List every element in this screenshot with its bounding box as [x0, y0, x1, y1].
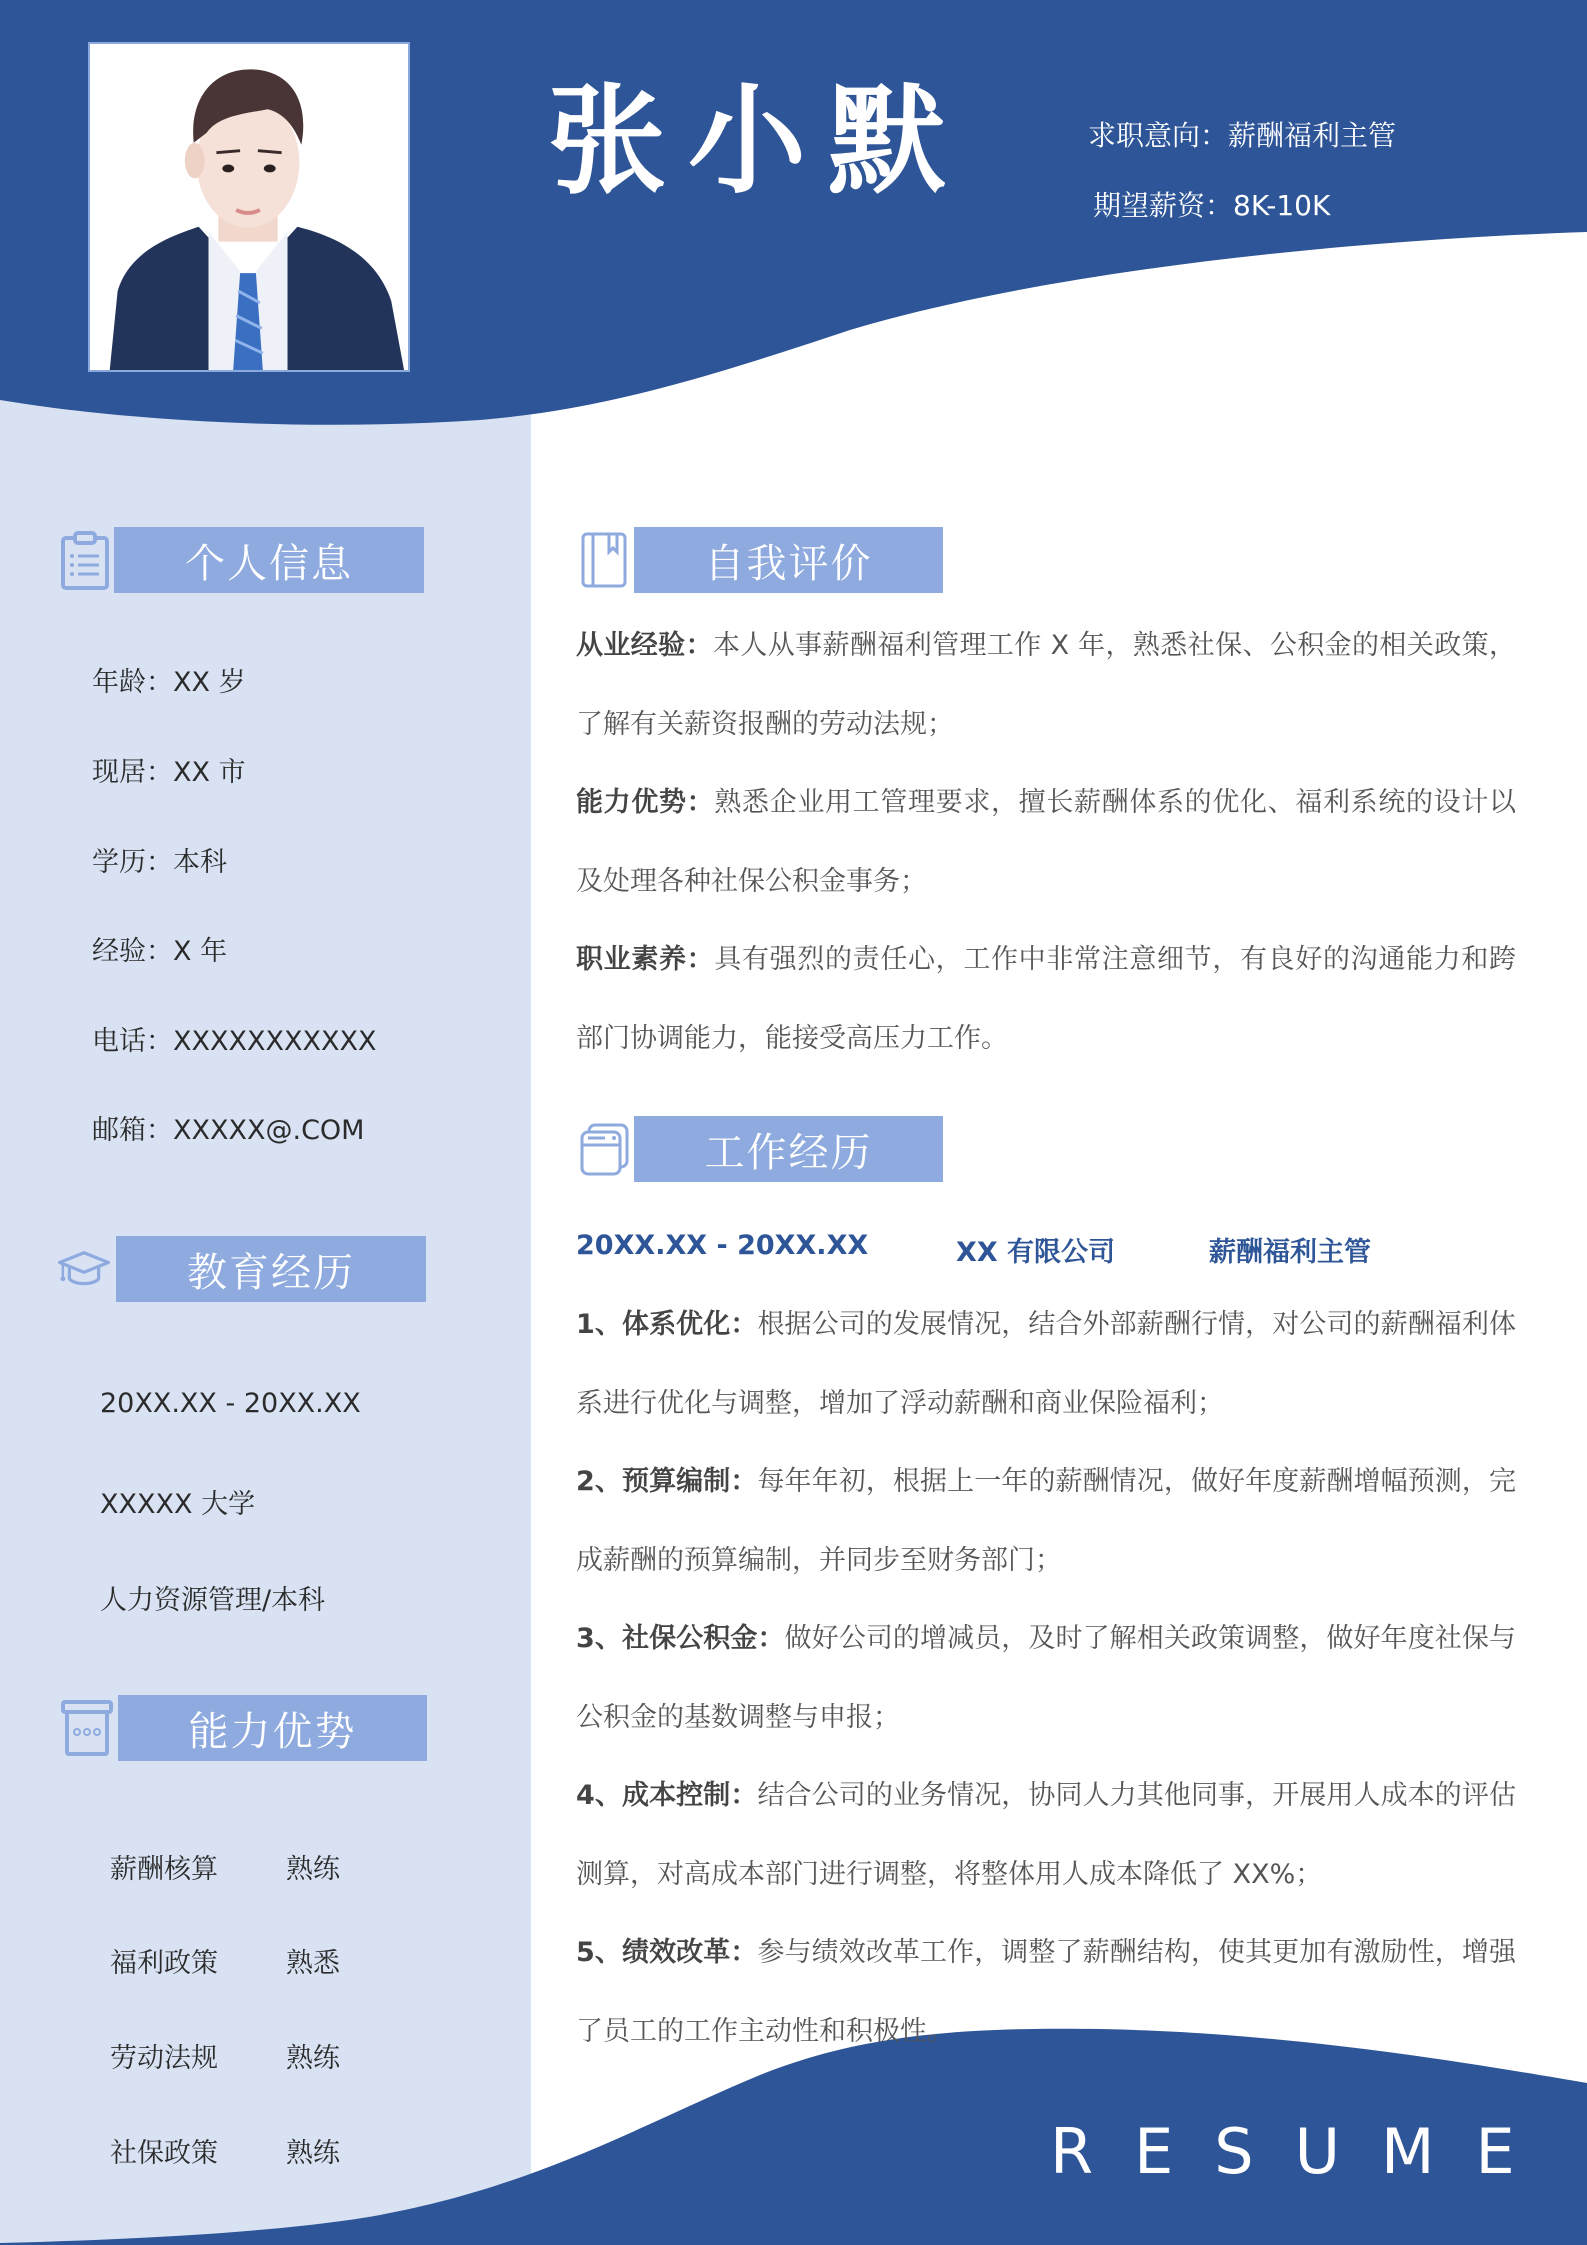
skill-row: 福利政策 熟悉	[110, 1941, 218, 1980]
self-eval-text: 本人从事薪酬福利管理工作 X 年，熟悉社保、公积金的相关政策，了解有关薪资报酬的…	[576, 630, 1516, 740]
work-item: 1、体系优化：根据公司的发展情况，结合外部薪酬行情，对公司的薪酬福利体系进行优化…	[576, 1286, 1516, 1443]
clipboard-icon	[56, 528, 114, 592]
info-education-level: 学历：本科	[92, 840, 227, 879]
skill-name: 社保政策	[110, 2138, 218, 2169]
info-age: 年龄：XX 岁	[92, 660, 246, 699]
self-evaluation-item: 从业经验：本人从事薪酬福利管理工作 X 年，熟悉社保、公积金的相关政策，了解有关…	[576, 607, 1516, 764]
skill-level: 熟悉	[286, 1941, 340, 1980]
education-major: 人力资源管理/本科	[100, 1578, 325, 1617]
skill-row: 劳动法规 熟练	[110, 2036, 218, 2075]
skill-name: 劳动法规	[110, 2043, 218, 2074]
self-eval-text: 具有强烈的责任心，工作中非常注意细节，有良好的沟通能力和跨部门协调能力，能接受高…	[576, 944, 1516, 1054]
section-title-education: 教育经历	[116, 1236, 426, 1302]
work-item-label: 2、预算编制：	[576, 1466, 757, 1497]
candidate-name: 张小默	[548, 82, 968, 200]
section-header-self-evaluation: 自我评价	[576, 527, 943, 593]
skill-level: 熟练	[286, 1847, 340, 1886]
section-header-work-experience: 工作经历	[576, 1116, 943, 1182]
job-company: XX 有限公司	[956, 1230, 1115, 1269]
graduation-cap-icon	[52, 1237, 116, 1301]
section-header-skills: 能力优势	[56, 1695, 427, 1761]
work-item: 4、成本控制：结合公司的业务情况，协同人力其他同事，开展用人成本的评估测算，对高…	[576, 1757, 1516, 1914]
skill-row: 社保政策 熟练	[110, 2131, 218, 2170]
section-header-personal-info: 个人信息	[56, 527, 424, 593]
info-email: 邮箱：XXXXX@.COM	[92, 1108, 364, 1147]
skill-name: 薪酬核算	[110, 1854, 218, 1885]
self-evaluation-item: 职业素养：具有强烈的责任心，工作中非常注意细节，有良好的沟通能力和跨部门协调能力…	[576, 921, 1516, 1078]
section-title-skills: 能力优势	[118, 1695, 427, 1761]
expected-salary: 期望薪资：8K-10K	[1093, 192, 1330, 220]
work-item: 5、绩效改革：参与绩效改革工作，调整了薪酬结构，使其更加有激励性，增强了员工的工…	[576, 1914, 1516, 2071]
work-item-label: 5、绩效改革：	[576, 1937, 757, 1968]
section-title-self-evaluation: 自我评价	[634, 527, 943, 593]
info-phone: 电话：XXXXXXXXXXX	[92, 1019, 376, 1058]
archive-box-icon	[56, 1696, 118, 1760]
section-header-education: 教育经历	[52, 1236, 426, 1302]
education-period: 20XX.XX - 20XX.XX	[100, 1388, 361, 1419]
section-title-personal-info: 个人信息	[114, 527, 424, 593]
work-item: 3、社保公积金：做好公司的增减员，及时了解相关政策调整，做好年度社保与公积金的基…	[576, 1600, 1516, 1757]
self-eval-label: 职业素养：	[576, 944, 714, 975]
self-eval-label: 能力优势：	[576, 787, 714, 818]
job-period: 20XX.XX - 20XX.XX	[576, 1230, 868, 1261]
work-item-label: 3、社保公积金：	[576, 1623, 785, 1654]
portrait-illustration	[90, 44, 408, 370]
resume-watermark: RESUME	[1050, 2115, 1556, 2188]
skill-level: 熟练	[286, 2036, 340, 2075]
book-icon	[576, 528, 634, 592]
job-intent: 求职意向：薪酬福利主管	[1088, 122, 1396, 150]
skill-name: 福利政策	[110, 1948, 218, 1979]
profile-photo	[88, 42, 410, 372]
section-title-work-experience: 工作经历	[634, 1116, 943, 1182]
self-eval-text: 熟悉企业用工管理要求，擅长薪酬体系的优化、福利系统的设计以及处理各种社保公积金事…	[576, 787, 1516, 897]
info-experience: 经验：X 年	[92, 929, 227, 968]
self-evaluation-item: 能力优势：熟悉企业用工管理要求，擅长薪酬体系的优化、福利系统的设计以及处理各种社…	[576, 764, 1516, 921]
job-position: 薪酬福利主管	[1209, 1230, 1371, 1269]
skill-row: 薪酬核算 熟练	[110, 1847, 218, 1886]
info-residence: 现居：XX 市	[92, 750, 246, 789]
skill-level: 熟练	[286, 2131, 340, 2170]
work-item-label: 4、成本控制：	[576, 1780, 757, 1811]
work-item: 2、预算编制：每年年初，根据上一年的薪酬情况，做好年度薪酬增幅预测，完成薪酬的预…	[576, 1443, 1516, 1600]
education-school: XXXXX 大学	[100, 1482, 255, 1521]
self-eval-label: 从业经验：	[576, 630, 713, 661]
window-stack-icon	[576, 1117, 634, 1181]
work-item-label: 1、体系优化：	[576, 1309, 757, 1340]
